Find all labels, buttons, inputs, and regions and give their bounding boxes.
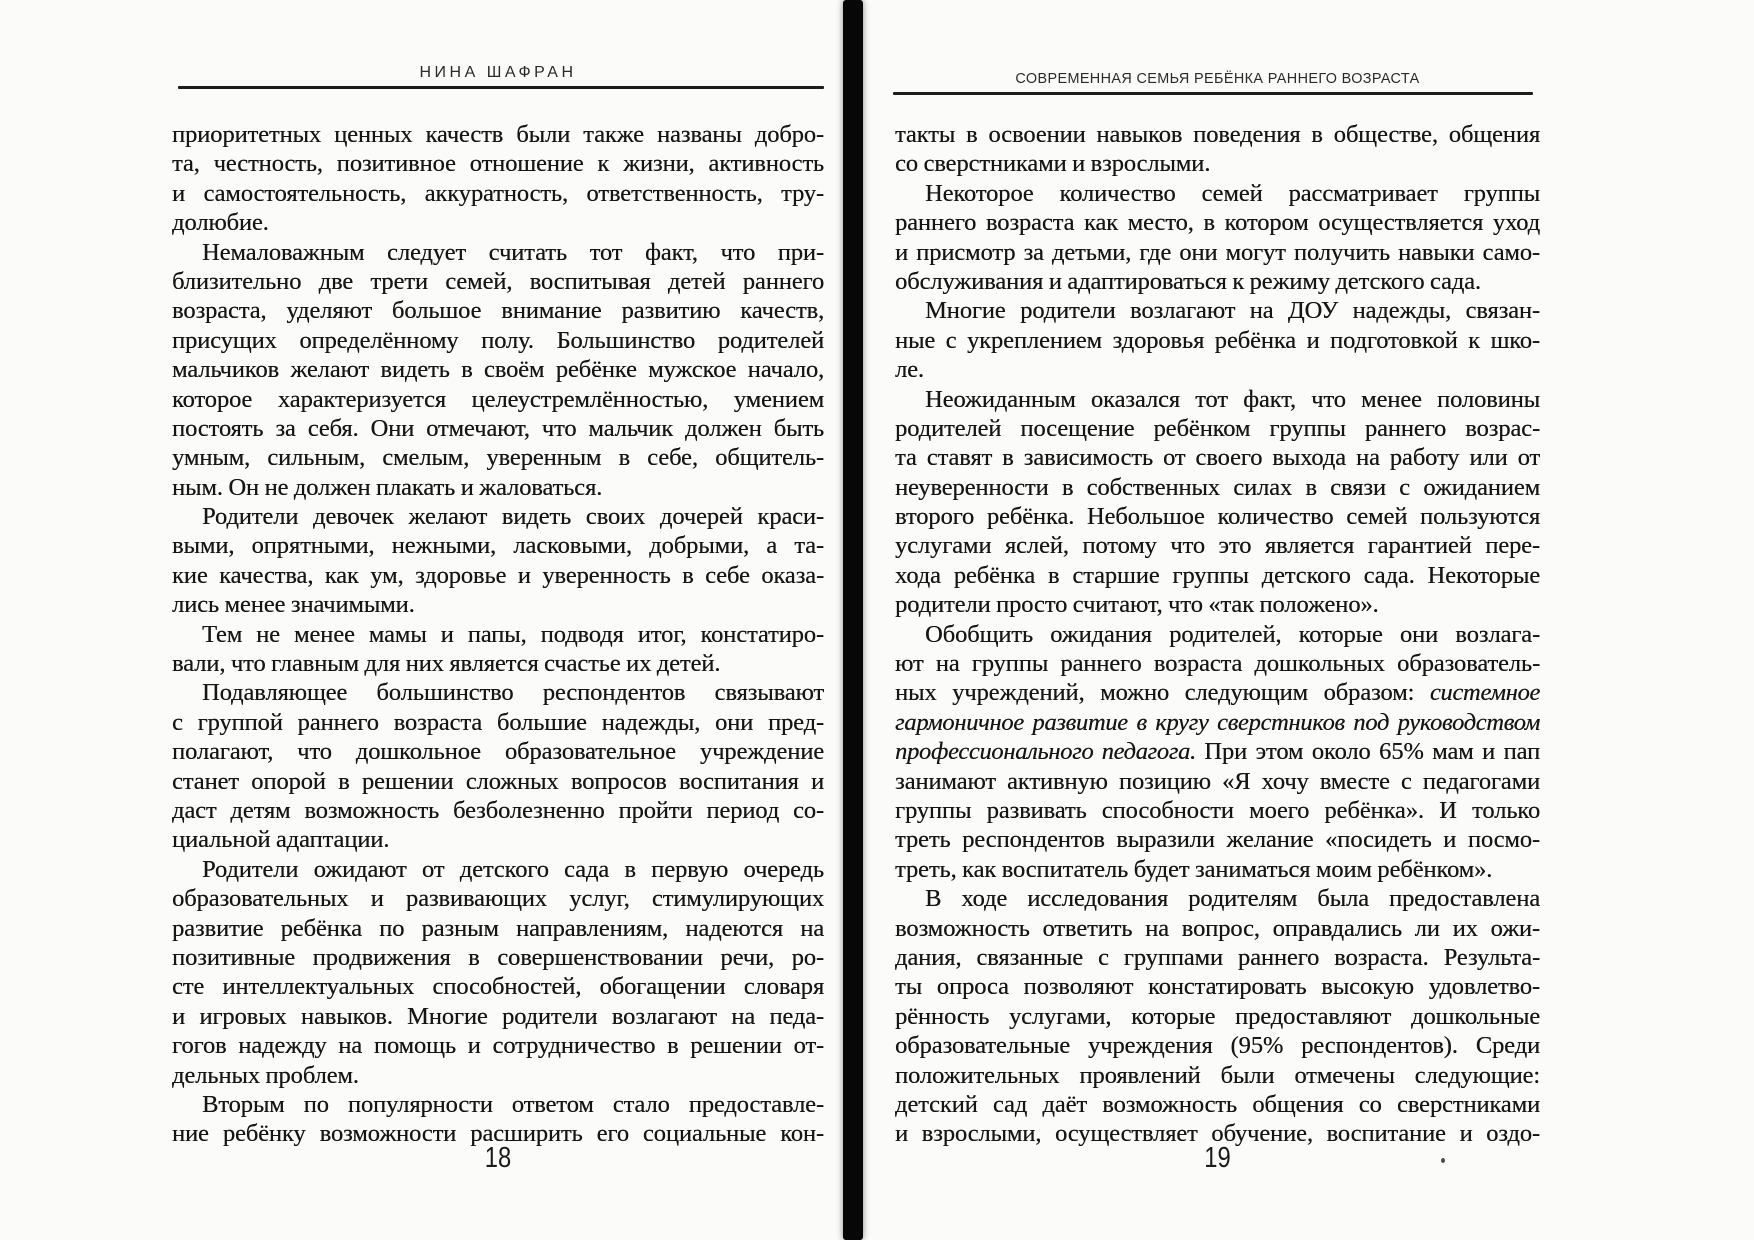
text-line: возраста, уделяют большое внимание разви… [172,296,824,325]
text-line: и присмотр за детьми, где они могут полу… [895,238,1540,267]
text-line: которое характеризуется целеустремлённос… [172,385,824,414]
text-line: позитивные продвижения в совершенствован… [172,943,824,972]
text-line: неуверенности в собственных силах в связ… [895,473,1540,502]
text-line: профессионального педагога. При этом око… [895,737,1540,766]
text-line: занимают активную позицию «Я хочу вместе… [895,767,1540,796]
text-line: треть, как воспитатель будет заниматься … [895,855,1540,884]
left-page-text: приоритетных ценных качеств были также н… [172,120,824,1149]
text-line: станет опорой в решении сложных вопросов… [172,767,824,796]
text-line: Родители ожидают от детского сада в перв… [172,855,824,884]
left-page: НИНА ШАФРАН приоритетных ценных качеств … [0,0,843,1240]
text-line: ным. Он не должен плакать и жаловаться. [172,473,824,502]
text-line: треть респондентов выразили желание «пос… [895,825,1540,854]
text-line: Тем не менее мамы и папы, подводя итог, … [172,620,824,649]
text-line: долюбие. [172,208,824,237]
text-line: выми, опрятными, нежными, ласковыми, доб… [172,531,824,560]
text-line: В ходе исследования родителям была предо… [895,884,1540,913]
text-line: с группой раннего возраста большие надеж… [172,708,824,737]
text-line: мальчиков желают видеть в своём ребёнке … [172,355,824,384]
right-page-number: 19 [953,1142,1482,1175]
text-line: положительных проявлений были отмечены с… [895,1061,1540,1090]
book-spread-scan: НИНА ШАФРАН приоритетных ценных качеств … [0,0,1754,1240]
right-page: СОВРЕМЕННАЯ СЕМЬЯ РЕБЁНКА РАННЕГО ВОЗРАС… [863,0,1754,1240]
text-line: ют на группы раннего возраста дошкольных… [895,649,1540,678]
text-line: детский сад даёт возможность общения со … [895,1090,1540,1119]
text-line: Вторым по популярности ответом стало пре… [172,1090,824,1119]
text-line: родители просто считают, что «так положе… [895,590,1540,619]
text-line: Немаловажным следует считать тот факт, ч… [172,238,824,267]
text-line: группы развивать способности моего ребён… [895,796,1540,825]
text-line: ные с укреплением здоровья ребёнка и под… [895,326,1540,355]
text-line: умным, сильным, смелым, уверенным в себе… [172,443,824,472]
text-line: Некоторое количество семей рассматривает… [895,179,1540,208]
left-header-rule [178,86,824,89]
text-line: даст детям возможность безболезненно про… [172,796,824,825]
book-gutter-shadow [843,0,863,1240]
text-line: ных учреждений, можно следующим образом:… [895,678,1540,707]
text-line: раннего возраста как место, в котором ос… [895,208,1540,237]
text-line: второго ребёнка. Небольшое количество се… [895,502,1540,531]
text-line: полагают, что дошкольное образовательное… [172,737,824,766]
right-header-rule [893,92,1533,95]
text-line: Многие родители возлагают на ДОУ надежды… [895,296,1540,325]
text-line: и игровых навыков. Многие родители возла… [172,1002,824,1031]
text-line: развитие ребёнка по разным направлениям,… [172,914,824,943]
text-line: и самостоятельность, аккуратность, ответ… [172,179,824,208]
left-page-number: 18 [231,1142,766,1175]
text-line: кие качества, как ум, здоровье и уверенн… [172,561,824,590]
left-running-head: НИНА ШАФРАН [172,64,824,82]
text-line: гармоничное развитие в кругу сверстников… [895,708,1540,737]
text-line: та, честность, позитивное отношение к жи… [172,149,824,178]
text-line: ты опроса позволяют констатировать высок… [895,972,1540,1001]
text-line: дельных проблем. [172,1061,824,1090]
text-line: Неожиданным оказался тот факт, что менее… [895,385,1540,414]
text-line: постоять за себя. Они отмечают, что маль… [172,414,824,443]
text-line: дания, связанные с группами раннего возр… [895,943,1540,972]
text-line: та ставят в зависимость от своего выхода… [895,443,1540,472]
text-line: образовательных и развивающих услуг, сти… [172,884,824,913]
right-running-head: СОВРЕМЕННАЯ СЕМЬЯ РЕБЁНКА РАННЕГО ВОЗРАС… [908,70,1527,87]
text-line: хода ребёнка в старшие группы детского с… [895,561,1540,590]
text-line: Родители девочек желают видеть своих доч… [172,502,824,531]
text-line: родителей посещение ребёнком группы ранн… [895,414,1540,443]
text-line: образовательные учреждения (95% респонде… [895,1031,1540,1060]
text-line: ле. [895,355,1540,384]
text-line: вали, что главным для них является счаст… [172,649,824,678]
text-line: обслуживания и адаптироваться к режиму д… [895,267,1540,296]
text-line: лись менее значимыми. [172,590,824,619]
text-line: со сверстниками и взрослыми. [895,149,1540,178]
text-line: близительно две трети семей, воспитывая … [172,267,824,296]
text-line: такты в освоении навыков поведения в общ… [895,120,1540,149]
text-line: Обобщить ожидания родителей, которые они… [895,620,1540,649]
right-page-text: такты в освоении навыков поведения в общ… [895,120,1540,1149]
text-line: циальной адаптации. [172,825,824,854]
scan-speck [1441,1158,1445,1163]
text-line: приоритетных ценных качеств были также н… [172,120,824,149]
text-line: сте интеллектуальных способностей, обога… [172,972,824,1001]
text-line: гогов надежду на помощь и сотрудничество… [172,1031,824,1060]
text-line: присущих определённому полу. Большинство… [172,326,824,355]
text-line: Подавляющее большинство респондентов свя… [172,678,824,707]
text-line: рённость услугами, которые предоставляют… [895,1002,1540,1031]
text-line: возможность ответить на вопрос, оправдал… [895,914,1540,943]
text-line: услугами яслей, потому что это является … [895,531,1540,560]
